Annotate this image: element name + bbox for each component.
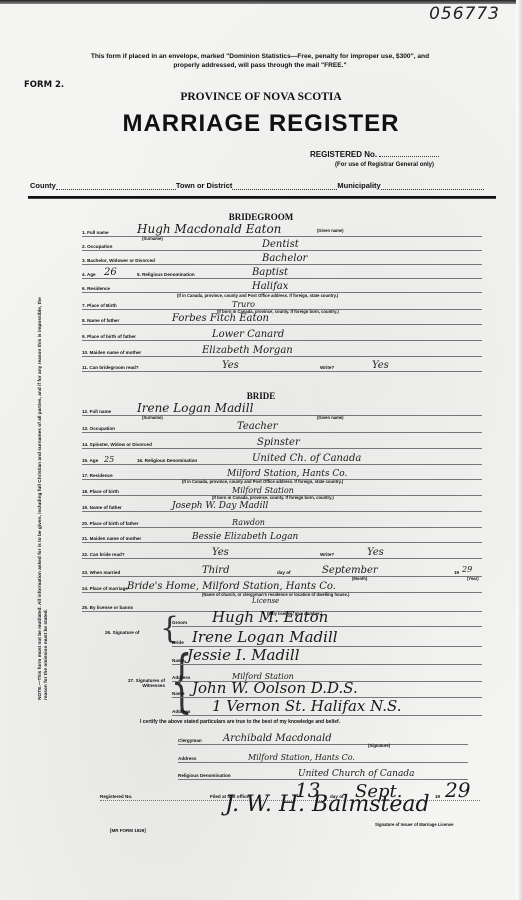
clergyman-row: Clergyman Archibald Macdonald (Signature…	[178, 730, 468, 745]
field-label: 6. Residence	[82, 286, 110, 291]
field-label: Write?	[320, 552, 334, 557]
field-label: Name	[172, 658, 185, 663]
witness2-name-row: Name John W. Oolson D.D.S.	[172, 683, 482, 698]
bride-can-write: Yes	[367, 547, 384, 558]
groom-literacy-row: 11. Can bridegroom read? Yes Write? Yes	[82, 357, 482, 372]
certification-statement: I certify the above stated particulars a…	[140, 719, 340, 725]
location-row: County Town or District Municipality	[30, 181, 498, 190]
field-label: Name	[172, 691, 185, 696]
filed-year: 29	[445, 778, 470, 802]
bride-age-religion-row: 15. Age 25 16. Religious Denomination Un…	[82, 450, 482, 465]
groom-full-name: Hugh Macdonald Eaton	[137, 222, 281, 236]
bride-signature-row: Bride Irene Logan Madill	[172, 632, 482, 647]
field-label: Address	[172, 709, 190, 714]
province-heading: PROVINCE OF NOVA SCOTIA	[0, 91, 522, 103]
bride-father-birthplace-row: 20. Place of birth of father Rawdon	[82, 513, 482, 528]
groom-full-name-row: 1. Full name Hugh Macdonald Eaton (Surna…	[82, 222, 482, 237]
field-label: 2. Occupation	[82, 244, 112, 249]
bride-age: 25	[104, 455, 114, 464]
bride-can-read: Yes	[212, 547, 229, 558]
field-label: 23. When married	[82, 570, 120, 575]
year-prefix: 19	[454, 570, 459, 575]
form-code: [MR FORM 1929]	[110, 828, 146, 833]
field-label: 11. Can bridegroom read?	[82, 365, 139, 370]
witness2-name: John W. Oolson D.D.S.	[192, 679, 358, 697]
groom-signature-row: Groom Hugh M. Eaton	[172, 612, 482, 627]
field-label: 24. Place of marriage	[82, 586, 128, 591]
groom-birthplace: Truro	[232, 300, 255, 309]
field-label: 4. Age	[82, 272, 96, 277]
document-title: MARRIAGE REGISTER	[0, 110, 522, 138]
groom-signature: Hugh M. Eaton	[212, 608, 328, 626]
postal-notice-line2: properly addressed, will pass through th…	[30, 61, 490, 70]
header-divider	[28, 196, 496, 199]
town-label: Town or District	[176, 181, 233, 190]
groom-residence: Halifax	[252, 281, 288, 292]
clergyman-signature: Archibald Macdonald	[223, 733, 332, 744]
field-label: 16. Religious Denomination	[137, 458, 197, 463]
clergyman-address: Milford Station, Hants Co.	[248, 753, 355, 762]
postal-notice: This form if placed in an envelope, mark…	[30, 52, 490, 70]
field-label: 14. Spinster, Widow or Divorced	[82, 442, 152, 447]
field-label: day of	[277, 570, 291, 575]
bride-signature: Irene Logan Madill	[192, 628, 338, 646]
field-label: 13. Occupation	[82, 426, 115, 431]
bride-literacy-row: 22. Can bride read? Yes Write? Yes	[82, 544, 482, 559]
field-label: 22. Can bride read?	[82, 552, 125, 557]
groom-can-read: Yes	[222, 360, 239, 371]
registered-number-label: REGISTERED No.	[310, 150, 377, 159]
field-label: 3. Bachelor, Widower or Divorced	[82, 258, 155, 263]
issuer-signature: J. W. H. Balmstead	[225, 792, 430, 817]
field-label: Clergyman	[178, 738, 202, 743]
field-label: 1. Full name	[82, 230, 109, 235]
field-label: 10. Maiden name of mother	[82, 350, 141, 355]
groom-father-birthplace: Lower Canard	[212, 329, 284, 340]
groom-occupation-row: 2. Occupation Dentist	[82, 236, 482, 251]
field-label: 5. Religious Denomination	[137, 272, 195, 277]
groom-father-row: 8. Name of father Forbes Fitch Eaton	[82, 310, 482, 325]
bride-status-row: 14. Spinster, Widow or Divorced Spinster	[82, 434, 482, 449]
field-label: 12. Full name	[82, 409, 111, 414]
postal-notice-line1: This form if placed in an envelope, mark…	[30, 52, 490, 61]
witness2-address: 1 Vernon St. Halifax N.S.	[212, 697, 402, 715]
bride-occupation-row: 13. Occupation Teacher	[82, 418, 482, 433]
witness1-name-row: Name Jessie I. Madill	[172, 650, 482, 665]
groom-status-row: 3. Bachelor, Widower or Divorced Bachelo…	[82, 250, 482, 265]
marriage-day: Third	[202, 565, 230, 576]
field-label: 18. Place of birth	[82, 489, 119, 494]
serial-number: 056773	[429, 4, 500, 24]
field-label: 25. By license or banns	[82, 605, 133, 610]
field-label: Address	[178, 756, 196, 761]
field-label: 21. Maiden name of mother	[82, 536, 141, 541]
marriage-month: September	[322, 565, 378, 576]
bride-full-name-row: 12. Full name Irene Logan Madill (Surnam…	[82, 401, 482, 416]
marriage-register-document: 056773 This form if placed in an envelop…	[0, 0, 522, 900]
clergyman-address-row: Address Milford Station, Hants Co.	[178, 748, 468, 763]
given-name-hint: (Given name)	[317, 228, 344, 233]
groom-mother-row: 10. Maiden name of mother Elizabeth Morg…	[82, 342, 482, 357]
field-label: 17. Residence	[82, 473, 113, 478]
bride-mother-maiden-name: Bessie Elizabeth Logan	[192, 532, 298, 542]
bride-status: Spinster	[257, 437, 300, 448]
groom-occupation: Dentist	[262, 239, 299, 250]
year-prefix: 19	[435, 794, 440, 799]
witness1-name: Jessie I. Madill	[187, 646, 300, 664]
bride-father-row: 19. Name of father Joseph W. Day Madill	[82, 497, 482, 512]
marriage-year: 29	[462, 565, 472, 574]
field-label: 8. Name of father	[82, 318, 119, 323]
field-label: Groom	[172, 620, 187, 625]
groom-father-birthplace-row: 9. Place of birth of father Lower Canard	[82, 326, 482, 341]
field-label: 7. Place of Birth	[82, 303, 117, 308]
field-label: Address	[172, 675, 190, 680]
bride-religion: United Ch. of Canada	[252, 453, 361, 464]
marriage-place: Bride's Home, Milford Station, Hants Co.	[127, 581, 336, 592]
field-label: 20. Place of birth of father	[82, 521, 138, 526]
groom-status: Bachelor	[262, 253, 307, 264]
municipality-label: Municipality	[337, 181, 380, 190]
groom-residence-row: 6. Residence Halifax (If in Canada, prov…	[82, 278, 482, 293]
registered-number: REGISTERED No.	[310, 150, 439, 159]
field-label: Registered No.	[100, 794, 132, 799]
clergyman-denomination-row: Religious Denomination United Church of …	[178, 765, 468, 780]
bridegroom-heading: BRIDEGROOM	[0, 212, 522, 222]
bride-residence: Milford Station, Hants Co.	[227, 469, 347, 479]
bride-full-name: Irene Logan Madill	[137, 401, 253, 415]
groom-mother-maiden-name: Elizabeth Morgan	[202, 345, 293, 356]
bride-mother-row: 21. Maiden name of mother Bessie Elizabe…	[82, 528, 482, 543]
licence-type: License	[252, 597, 279, 605]
groom-birthplace-row: 7. Place of Birth Truro (If born in Cana…	[82, 295, 482, 310]
marriage-date-row: 23. When married Third day of September …	[82, 562, 482, 577]
bride-occupation: Teacher	[237, 421, 278, 432]
form-number: FORM 2.	[24, 80, 64, 90]
witness2-address-row: Address 1 Vernon St. Halifax N.S.	[172, 701, 482, 716]
groom-religion: Baptist	[252, 267, 288, 278]
county-label: County	[30, 181, 56, 190]
field-label: Religious Denomination	[178, 773, 231, 778]
field-label: Write?	[320, 365, 334, 370]
bride-residence-row: 17. Residence Milford Station, Hants Co.…	[82, 465, 482, 480]
field-label: 9. Place of birth of father	[82, 334, 136, 339]
bride-birthplace: Milford Station	[232, 486, 294, 495]
bride-father-name: Joseph W. Day Madill	[172, 501, 268, 511]
side-note: NOTE.—This form must not be mutilated. A…	[38, 290, 50, 700]
issuer-signature-hint: Signature of Issuer of Marriage License	[375, 822, 453, 827]
bride-heading: BRIDE	[0, 391, 522, 401]
marriage-place-row: 24. Place of marriage Bride's Home, Milf…	[82, 578, 482, 593]
groom-age: 26	[104, 267, 117, 278]
groom-father-name: Forbes Fitch Eaton	[172, 313, 269, 324]
field-label: 15. Age	[82, 458, 98, 463]
registered-number-note: (For use of Registrar General only)	[335, 162, 434, 168]
bride-father-birthplace: Rawdon	[232, 518, 265, 527]
bride-birthplace-row: 18. Place of birth Milford Station (If b…	[82, 481, 482, 496]
groom-age-religion-row: 4. Age 26 5. Religious Denomination Bapt…	[82, 264, 482, 279]
field-label: 19. Name of father	[82, 505, 122, 510]
groom-can-write: Yes	[372, 360, 389, 371]
